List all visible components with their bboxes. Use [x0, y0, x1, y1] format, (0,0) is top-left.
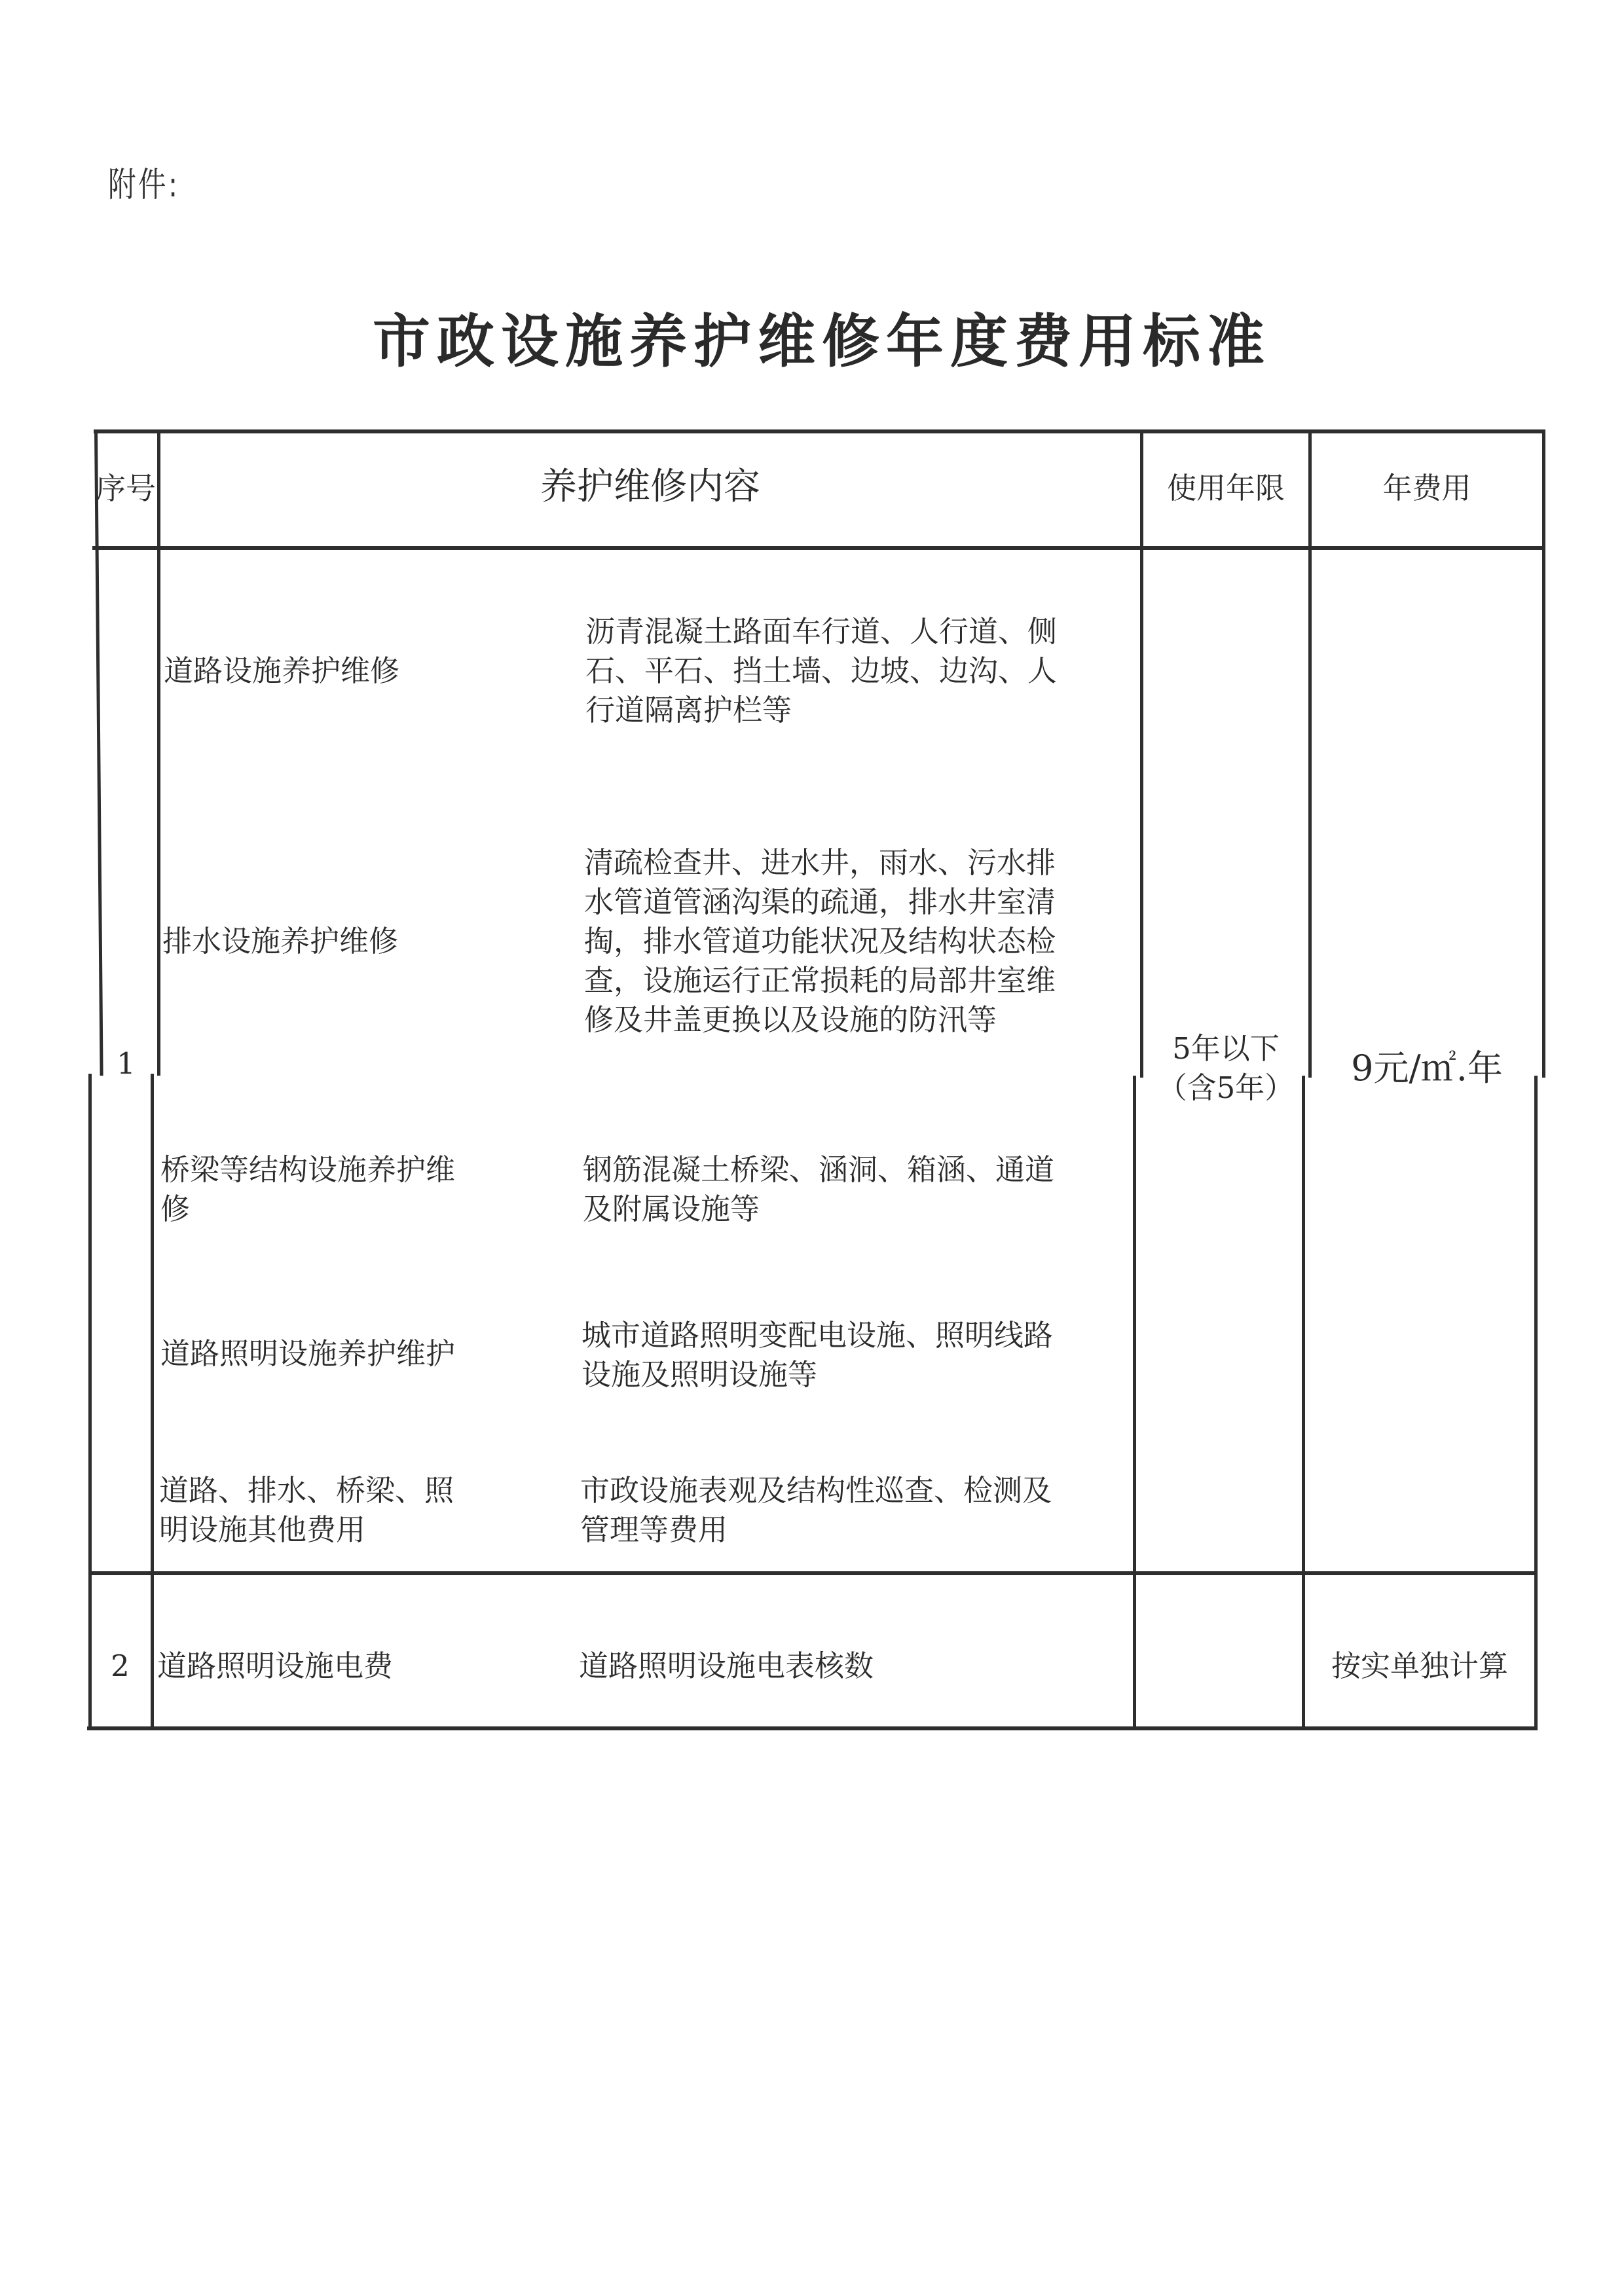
row1-item1-desc-line3: 行道隔离护栏等	[585, 691, 792, 730]
col-fee-divider	[1308, 429, 1312, 1078]
row1-annual-fee: 9元/㎡.年	[1312, 1049, 1542, 1088]
table-bottom-border	[87, 1726, 1536, 1730]
row1-item5-desc-line1: 市政设施表观及结构性巡查、检测及	[580, 1471, 1052, 1510]
row1-item3-desc-line1: 钢筋混凝土桥梁、涵洞、箱涵、通道	[583, 1150, 1054, 1190]
row1-service-life-line2: （含5年）	[1143, 1068, 1308, 1108]
row1-item2-desc-line4: 查，设施运行正常损耗的局部井室维	[584, 961, 1056, 1000]
table-left-border	[94, 429, 103, 1076]
table-right-border	[1542, 429, 1545, 1078]
row1-item1-category: 道路设施养护维修	[164, 651, 399, 691]
row2-index: 2	[90, 1647, 151, 1686]
row1-item2-desc-line2: 水管道管涵沟渠的疏通，排水井室清	[584, 883, 1056, 922]
attachment-label: 附件:	[108, 157, 179, 206]
row1-item2-desc-line1: 清疏检查井、进水井，雨水、污水排	[584, 843, 1056, 883]
col-index-divider-lower	[151, 1074, 154, 1730]
row1-item4-desc-line1: 城市道路照明变配电设施、照明线路	[581, 1316, 1053, 1355]
row1-bottom-border	[88, 1571, 1537, 1575]
row1-item4-desc-line2: 设施及照明设施等	[581, 1355, 817, 1394]
row1-item2-desc-line5: 修及井盖更换以及设施的防汛等	[584, 1000, 997, 1040]
row1-item1-desc-line2: 石、平石、挡土墙、边坡、边沟、人	[585, 651, 1057, 691]
col-life-divider-lower	[1133, 1076, 1136, 1730]
row1-item4-category: 道路照明设施养护维护	[160, 1334, 455, 1374]
table-right-border-lower	[1534, 1076, 1538, 1730]
col-index-divider	[157, 429, 160, 1076]
row1-index: 1	[95, 1044, 157, 1084]
row1-service-life-line1: 5年以下	[1143, 1029, 1308, 1068]
header-bottom-border	[92, 546, 1543, 550]
table-left-border-lower	[88, 1074, 92, 1730]
row1-item5-desc-line2: 管理等费用	[580, 1510, 728, 1550]
row1-item2-desc-line3: 掏，排水管道功能状况及结构状态检	[584, 922, 1056, 961]
row1-item2-category: 排水设施养护维修	[162, 922, 398, 961]
header-annual-fee: 年费用	[1312, 469, 1542, 508]
page-title: 市政设施养护维修年度费用标准	[0, 296, 1624, 378]
col-life-divider	[1140, 429, 1143, 1078]
row1-item5-category-line1: 道路、排水、桥梁、照	[159, 1471, 454, 1510]
header-service-life: 使用年限	[1143, 469, 1308, 508]
row1-item1-desc-line1: 沥青混凝土路面车行道、人行道、侧	[585, 612, 1057, 651]
row1-item5-category-line2: 明设施其他费用	[159, 1510, 365, 1550]
row1-item3-desc-line2: 及附属设施等	[583, 1190, 760, 1229]
table-top-border	[94, 429, 1545, 433]
row1-item3-category-line2: 修	[160, 1190, 190, 1229]
row1-item3-category-line1: 桥梁等结构设施养护维	[160, 1150, 455, 1190]
row2-item1-category: 道路照明设施电费	[157, 1647, 393, 1686]
header-index: 序号	[96, 469, 156, 508]
row2-annual-fee: 按实单独计算	[1305, 1647, 1534, 1686]
header-content: 养护维修内容	[160, 467, 1140, 507]
col-fee-divider-lower	[1302, 1076, 1305, 1730]
row2-item1-description: 道路照明设施电表核数	[579, 1647, 874, 1686]
